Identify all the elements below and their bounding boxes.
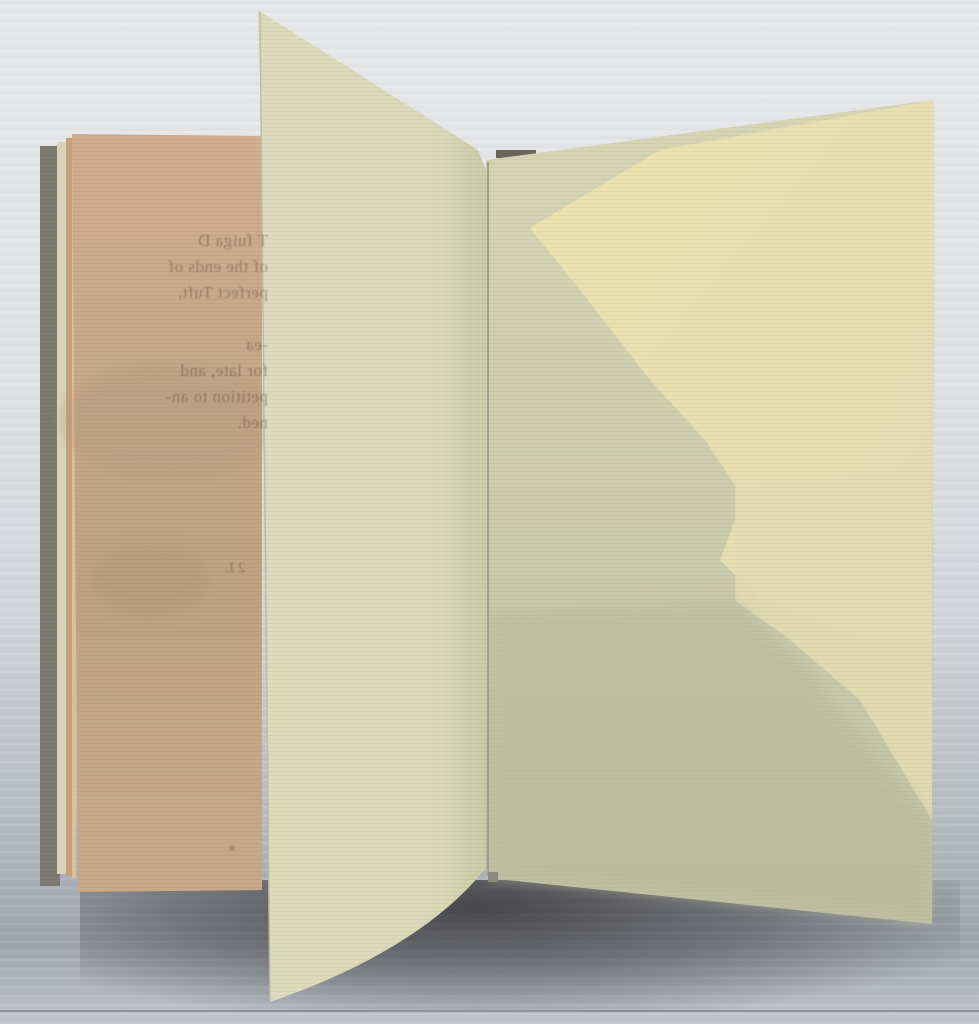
left-page-show-through-text: T fuiga D of the ends of perfect Tuft, -…	[118, 228, 268, 436]
text-line: T fuiga D	[118, 228, 268, 254]
text-gap	[118, 306, 268, 332]
text-line: ned.	[118, 410, 268, 436]
text-line: -ea	[118, 332, 268, 358]
right-page	[486, 100, 934, 924]
signature-mark: 2 L	[225, 560, 245, 577]
open-book	[0, 0, 979, 1024]
turning-leaf	[258, 10, 486, 1002]
text-line: for late, and	[118, 358, 268, 384]
text-line: petition to an-	[118, 384, 268, 410]
photo-scene: T fuiga D of the ends of perfect Tuft, -…	[0, 0, 979, 1024]
text-line: perfect Tuft,	[118, 280, 268, 306]
text-line: of the ends of	[118, 254, 268, 280]
